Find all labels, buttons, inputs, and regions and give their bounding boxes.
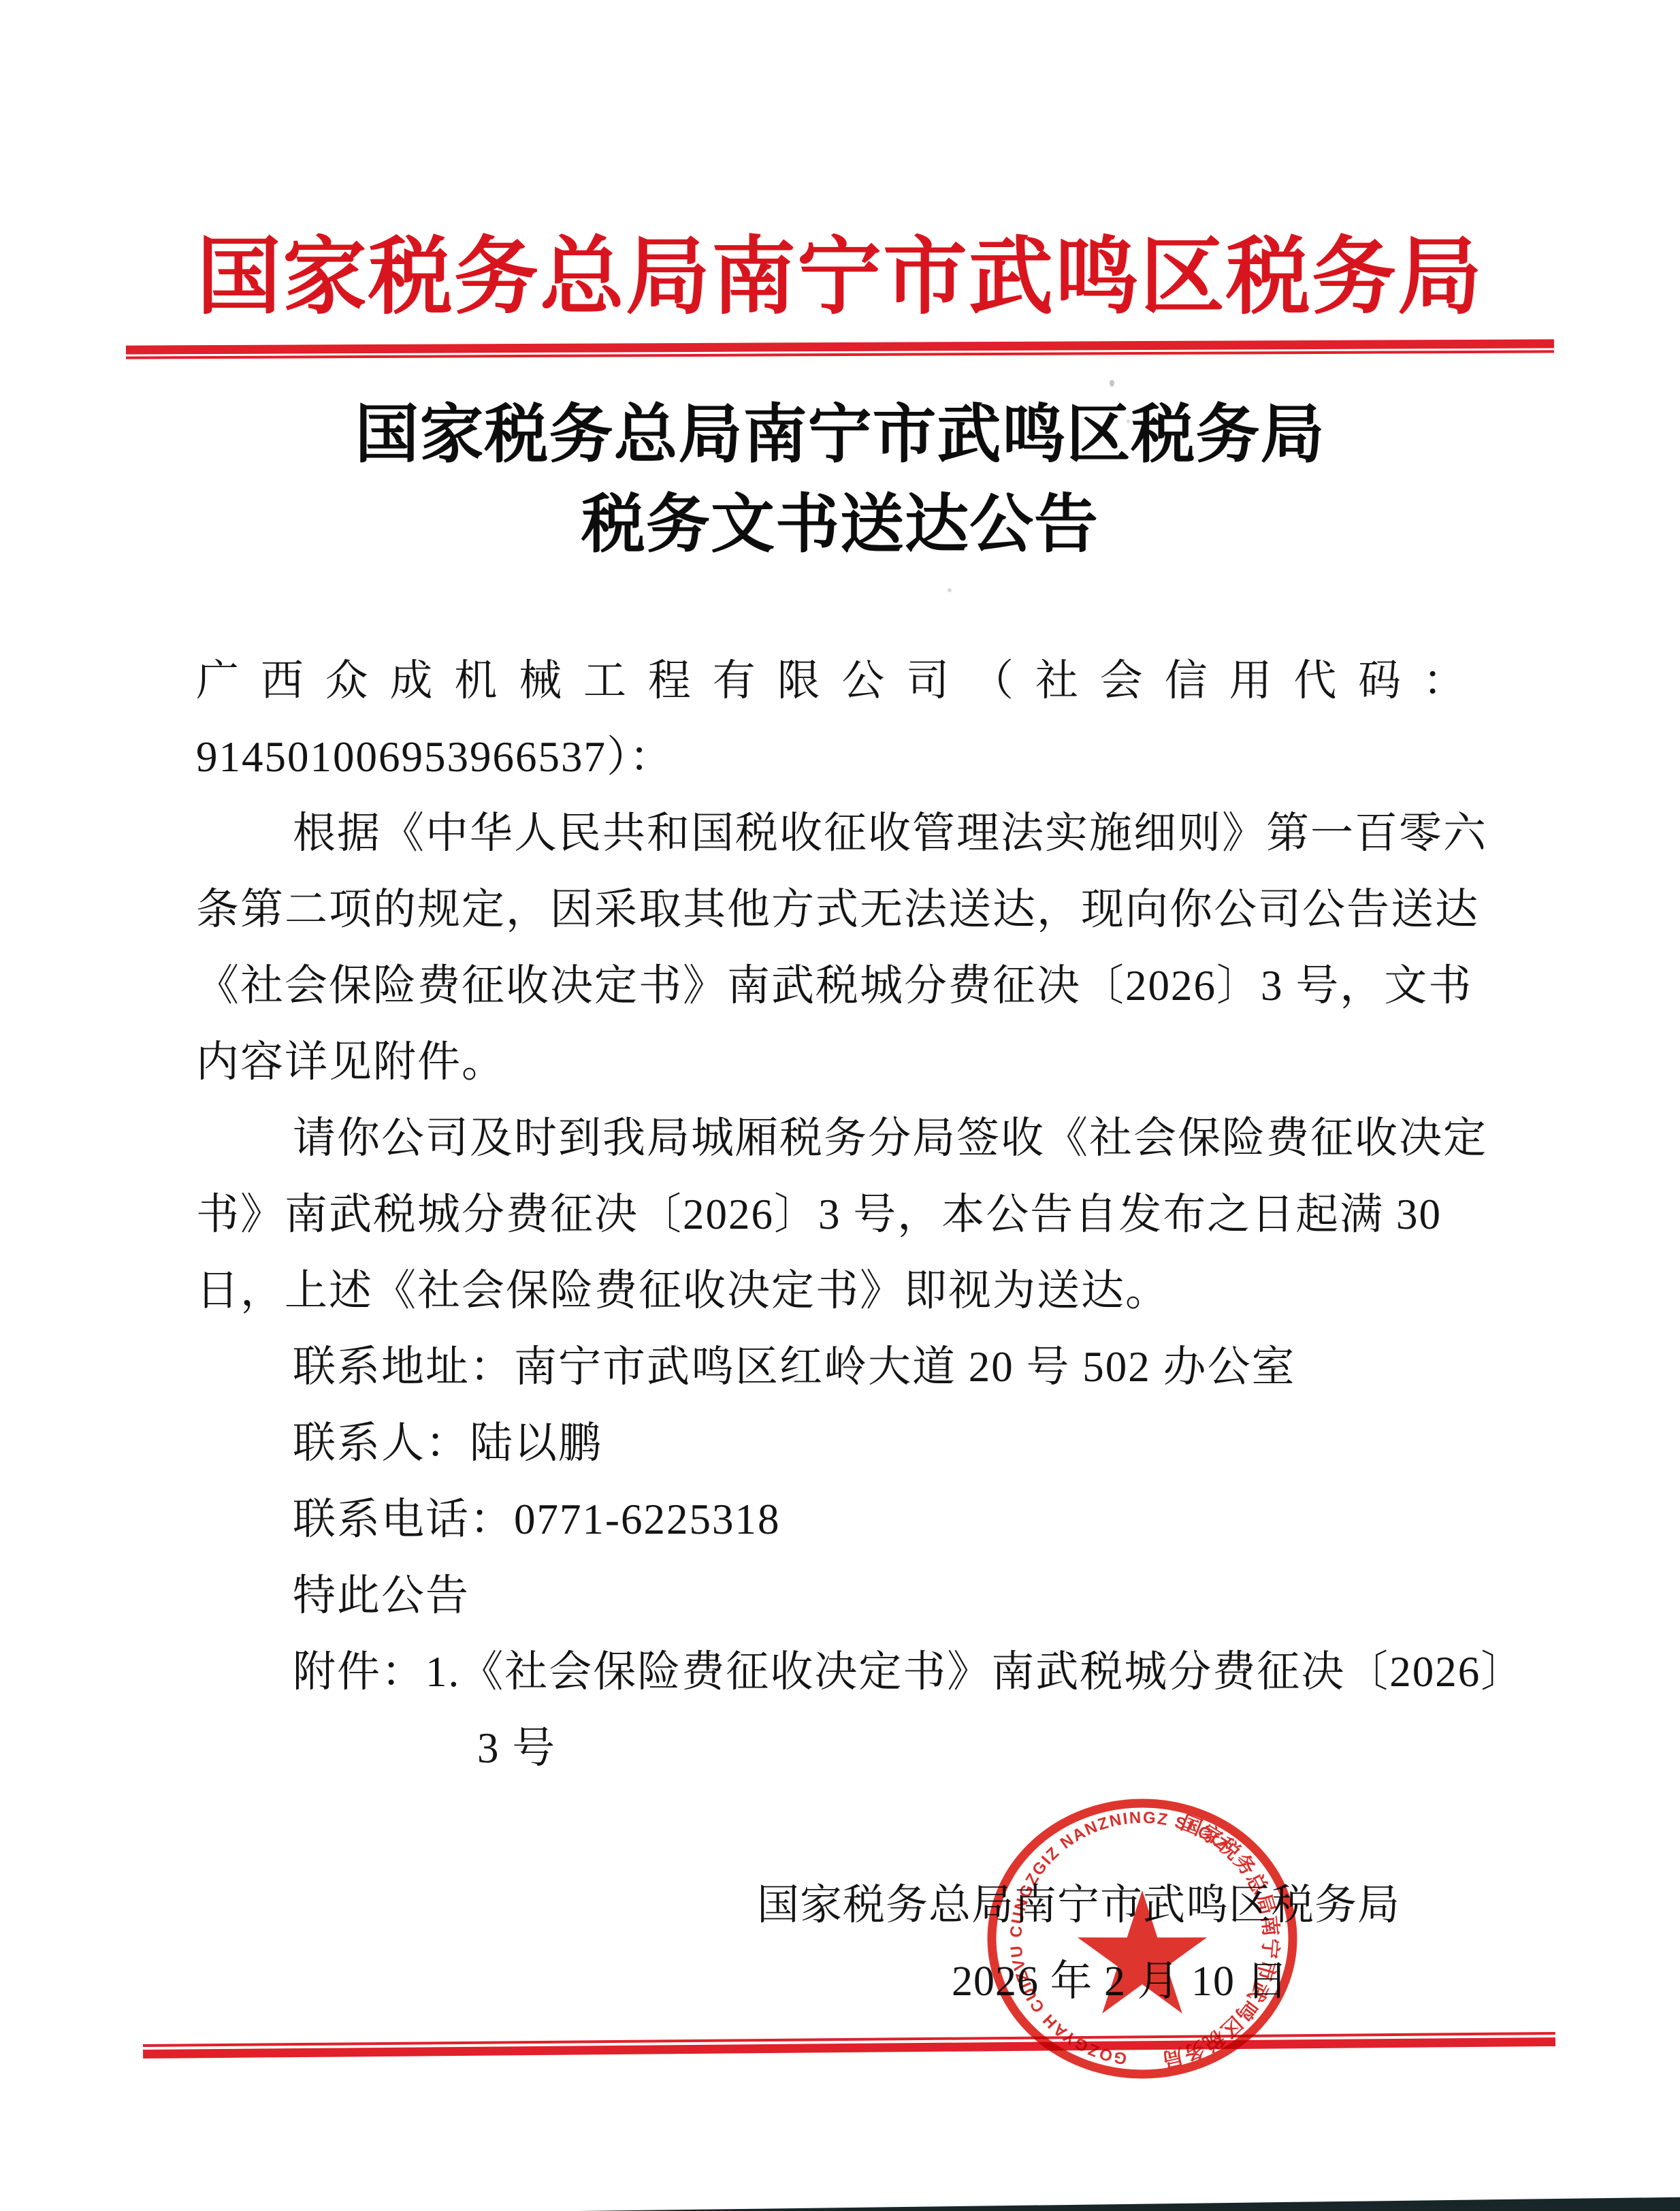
scan-speck [1127,419,1130,423]
body-text: 广西众成机械工程有限公司（社会信用代码： 914501006953966537）… [196,643,1484,1786]
header-divider-rule [126,339,1554,359]
red-star-icon [1078,1890,1207,2014]
scanner-edge-artifact [579,2196,1680,2211]
body-line-contact-address: 联系地址：南宁市武鸣区红岭大道 20 号 502 办公室 [196,1329,1484,1405]
body-line-attachment-ref: 内容详见附件。 [196,1024,1484,1100]
body-line-contact-phone: 联系电话：0771-6225318 [196,1481,1484,1558]
official-seal-stamp: GOZGYAH CUIZVU CUNGZGIZ NANZNINGZ SI GIZ… [984,1798,1300,2082]
body-line-attachment: 附件：1.《社会保险费征收决定书》南武税城分费征决〔2026〕 [196,1634,1484,1710]
body-line-company: 广西众成机械工程有限公司（社会信用代码： [196,643,1484,719]
document-title-line2: 税务文书送达公告 [0,490,1680,560]
body-line-deemed-served: 日，上述《社会保险费征收决定书》即视为送达。 [196,1253,1484,1329]
scan-speck [1110,380,1114,387]
body-line-deadline: 书》南武税城分费征决〔2026〕3 号，本公告自发布之日起满 30 [196,1176,1484,1253]
body-line-hereby: 特此公告 [196,1558,1484,1634]
body-line-legal-basis: 根据《中华人民共和国税收征收管理法实施细则》第一百零六 [196,795,1484,871]
body-line-continuation: 条第二项的规定，因采取其他方式无法送达，现向你公司公告送达 [196,871,1484,948]
body-line-doc-number: 《社会保险费征收决定书》南武税城分费征决〔2026〕3 号，文书 [196,948,1484,1024]
body-line-credit-code: 914501006953966537）： [196,719,1484,795]
body-line-attachment-no: 3 号 [196,1710,1484,1786]
scan-speck [948,588,952,592]
letterhead-agency: 国家税务总局南宁市武鸣区税务局 [0,225,1680,330]
body-line-contact-person: 联系人：陆以鹏 [196,1405,1484,1481]
document-page: 国家税务总局南宁市武鸣区税务局 国家税务总局南宁市武鸣区税务局 税务文书送达公告… [0,0,1680,2211]
document-title-line1: 国家税务总局南宁市武鸣区税务局 [0,400,1680,470]
footer-divider-rule [143,2032,1555,2059]
body-line-request: 请你公司及时到我局城厢税务分局签收《社会保险费征收决定 [196,1100,1484,1176]
